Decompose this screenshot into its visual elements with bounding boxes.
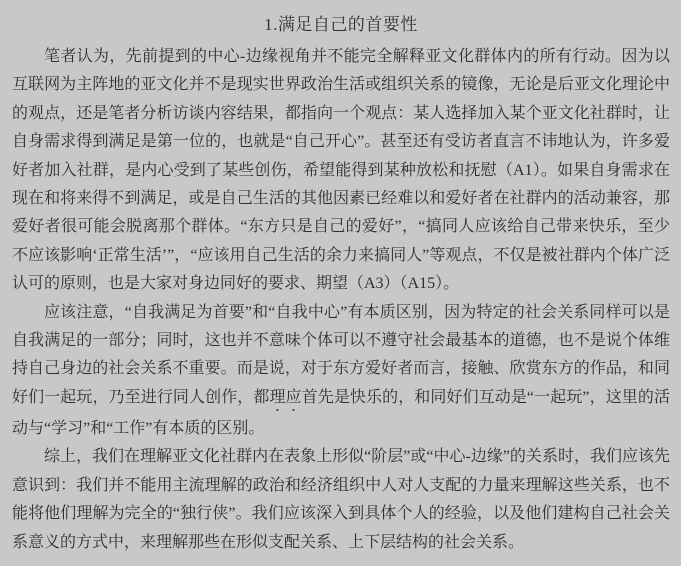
document-page: 1.满足自己的首要性 笔者认为，先前提到的中心-边缘视角并不能完全解释亚文化群体… (0, 0, 681, 566)
section-title: 1.满足自己的首要性 (12, 10, 670, 39)
paragraph-2-emphasized-text: 理应 (269, 389, 301, 406)
paragraph-1: 笔者认为，先前提到的中心-边缘视角并不能完全解释亚文化群体内的所有行动。因为以互… (12, 43, 670, 299)
paragraph-2: 应该注意，“自我满足为首要”和“自我中心”有本质区别，因为特定的社会关系同样可以… (12, 299, 670, 444)
paragraph-3: 综上，我们在理解亚文化社群内在表象上形似“阶层”或“中心-边缘”的关系时，我们应… (12, 443, 670, 557)
